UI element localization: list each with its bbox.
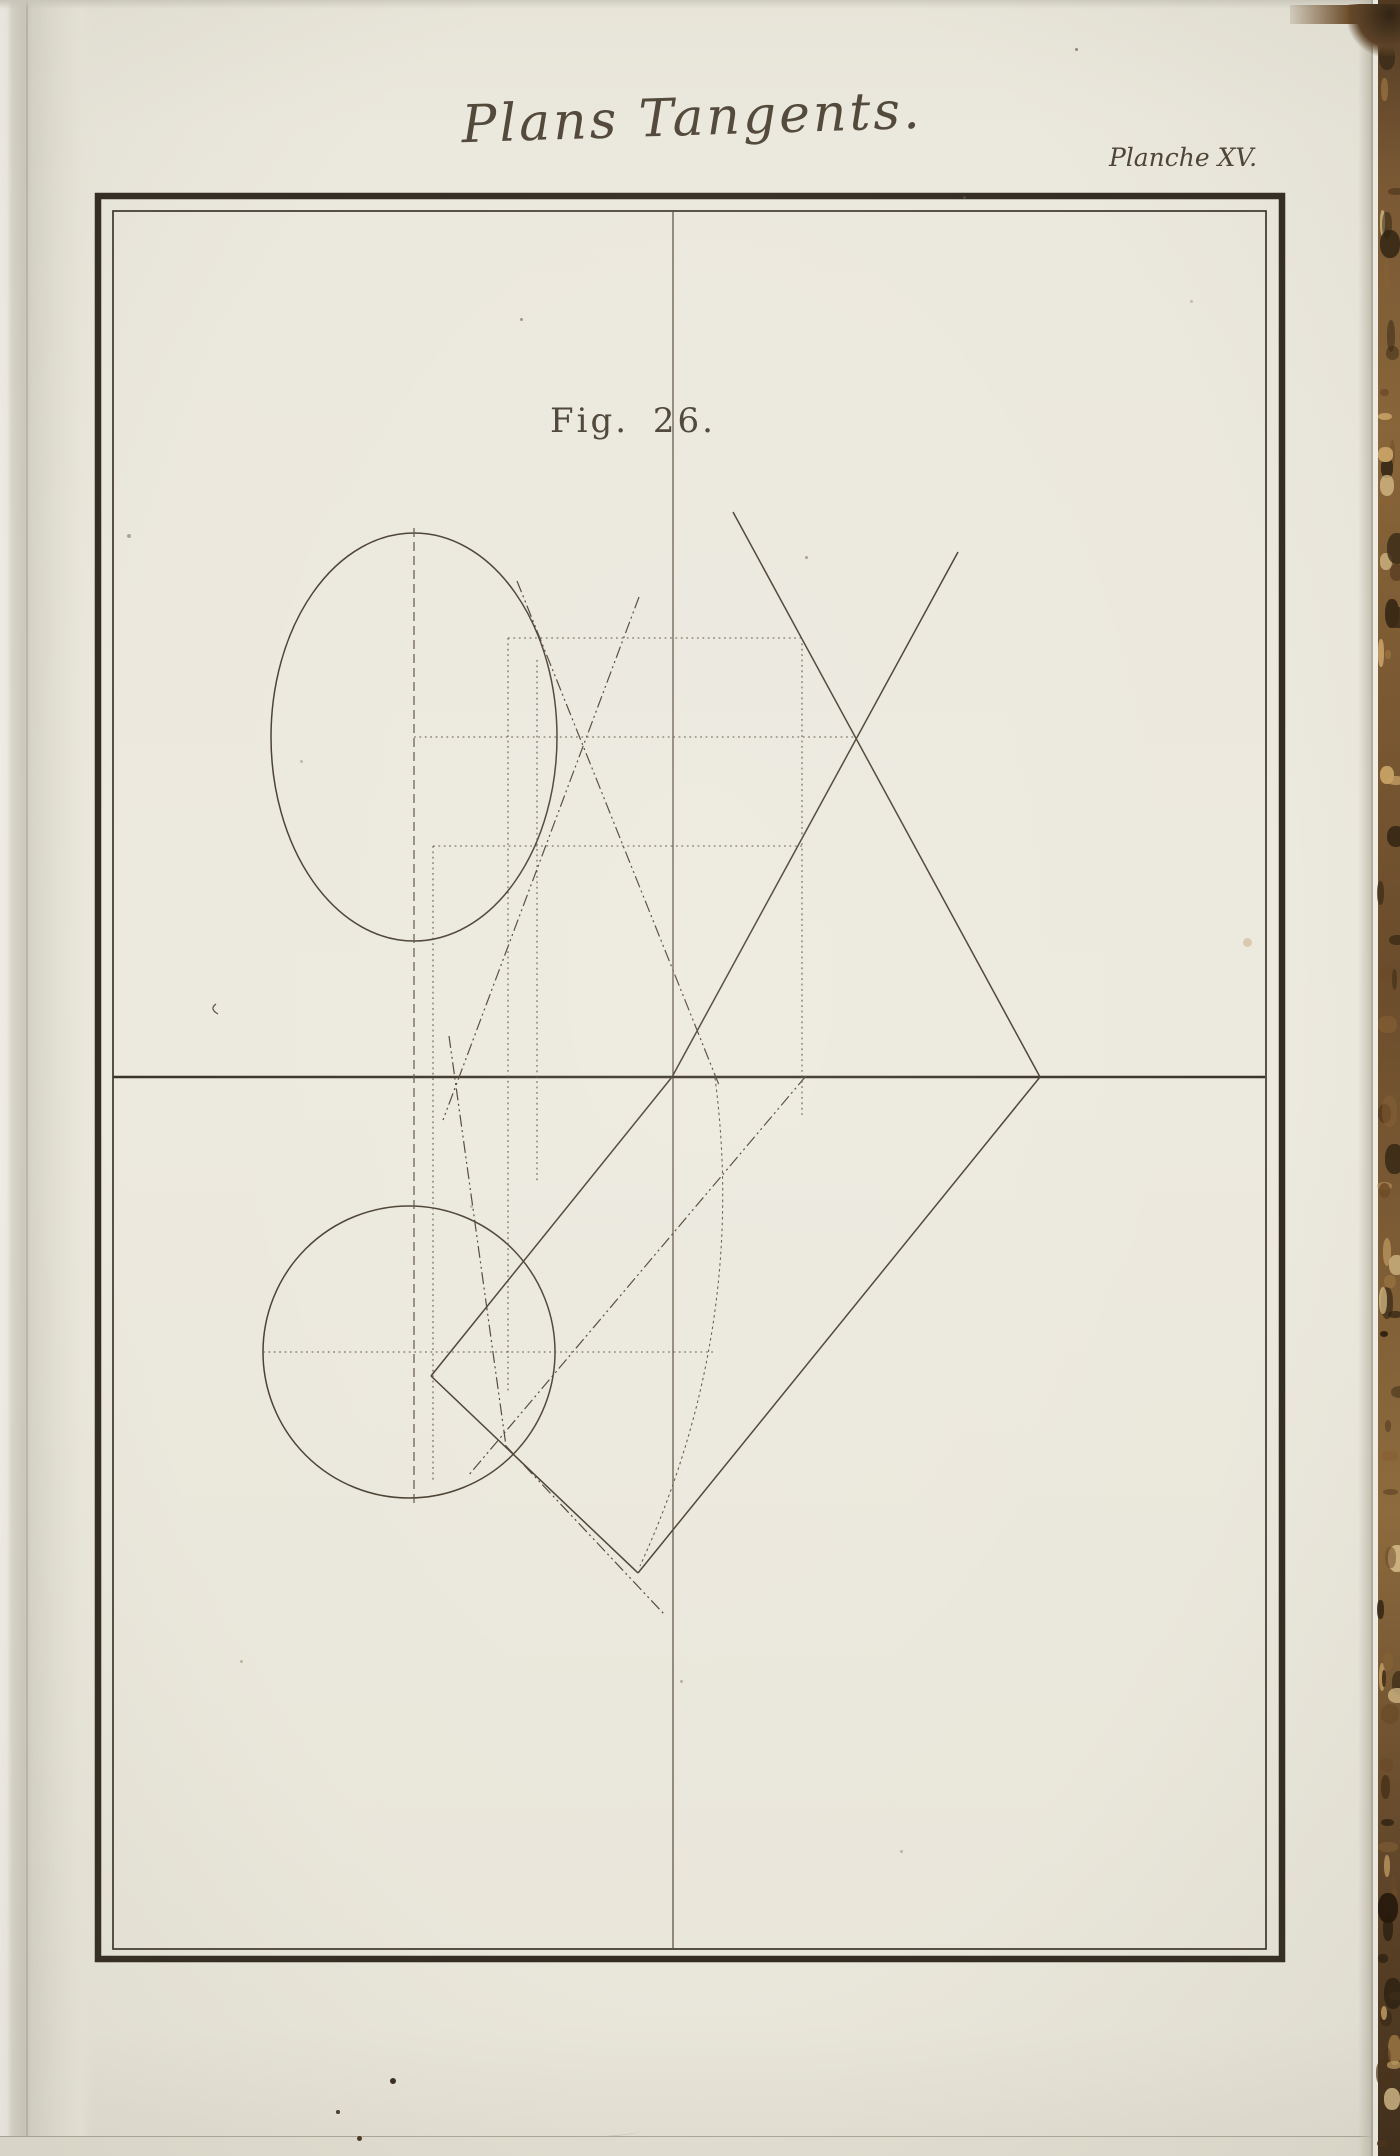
binding-texture-blob [1385,1420,1391,1432]
binding-texture-blob [1381,1819,1395,1827]
cone-edge-left [733,512,1040,1077]
paper-speck [470,1205,473,1208]
binding-texture-blob [1392,969,1397,990]
binding-texture-blob [1387,776,1400,785]
stray-mark-left [213,1004,218,1014]
binding-texture-blob [1377,881,1384,904]
binding-texture-blob [1387,2061,1400,2069]
binding-texture-blob [1382,1451,1399,1461]
binding-dark-patch [1378,1893,1398,1923]
binding-texture-blob [1389,935,1400,945]
binding-texture-blob [1380,230,1400,258]
binding-texture-blob [1380,475,1394,495]
binding-texture-blob [1379,1287,1388,1314]
binding-texture-blob [1384,1275,1395,1289]
binding-texture-blob [1382,1096,1397,1127]
binding-texture-blob [1379,499,1393,505]
binding-texture-blob [1385,650,1391,658]
paper-speck [900,1850,903,1853]
engraved-plate-figure [0,0,1400,2156]
paper-speck [300,760,303,763]
binding-texture-blob [1382,1670,1386,1687]
binding-texture-blob [1384,2088,1400,2110]
rabatted-edge-lower-right [638,1077,1040,1573]
tangent-chain-lower-steep [449,1036,506,1446]
plate-number-label: Planche XV. [1108,143,1258,172]
paper-speck [1190,300,1193,303]
binding-texture-blob [1385,1144,1400,1174]
binding-texture-blob [1377,2140,1387,2147]
binding-texture-blob [1381,1775,1390,1799]
binding-texture-blob [1388,1311,1400,1318]
paper-speck [1243,938,1252,947]
binding-texture-blob [1379,1183,1391,1199]
binding-texture-blob [1378,1016,1396,1032]
binding-texture-blob [1378,413,1392,421]
cone-edge-right [672,552,958,1077]
tangent-chain-upper-left [443,597,639,1120]
plate-border-inner [113,211,1266,1949]
binding-texture-blob [1385,1547,1395,1568]
binding-texture-blob [1387,533,1400,564]
right-page-shadow [1358,0,1372,2156]
scanned-book-page: Plans Tangents. Planche XV. Fig. 26. [0,0,1400,2156]
binding-texture-blob [1389,1255,1400,1275]
binding-texture-blob [1378,447,1393,461]
tangent-chain-lower-right [506,1446,664,1614]
binding-texture-blob [1390,564,1400,581]
tangent-chain-lower-left [468,1076,806,1476]
binding-texture-blob [1387,320,1395,352]
rabatted-edge-lower-left [431,1376,638,1573]
paper-speck [336,2110,340,2114]
binding-texture-blob [1384,259,1389,291]
paper-speck [680,1680,683,1683]
binding-texture-blob [1383,1652,1393,1671]
binding-texture-blob [1384,1978,1400,2009]
figure-number-label: Fig. 26. [550,401,716,441]
dotted-curve-parabola [640,1078,723,1566]
binding-texture-blob [1378,1842,1398,1852]
binding-texture-blob [1381,1704,1399,1725]
binding-texture-blob [1378,1954,1387,1963]
binding-texture-blob [1380,389,1389,396]
bottom-page-edge [0,2136,1400,2156]
binding-texture-blob [1380,1331,1389,1337]
binding-texture-blob [1388,607,1400,628]
top-right-corner-stain [1348,4,1400,56]
rabatted-edge-upper-left [431,1077,672,1376]
binding-texture-blob [1381,78,1387,101]
paper-speck [127,534,131,538]
paper-speck [520,318,523,321]
binding-texture-blob [1388,188,1400,196]
binding-texture-blob [1387,826,1400,848]
binding-texture-blob [1383,1489,1398,1496]
binding-texture-blob [1378,639,1384,667]
binding-texture-blob [1380,1758,1393,1771]
binding-texture-blob [1391,1386,1400,1398]
binding-texture-blob [1377,1600,1383,1618]
binding-texture-blob [1384,1855,1390,1878]
binding-texture-blob [1388,1688,1400,1703]
leather-binding-strip [1378,0,1400,2156]
tangent-chain-upper-right [517,581,719,1085]
paper-speck [805,556,808,559]
